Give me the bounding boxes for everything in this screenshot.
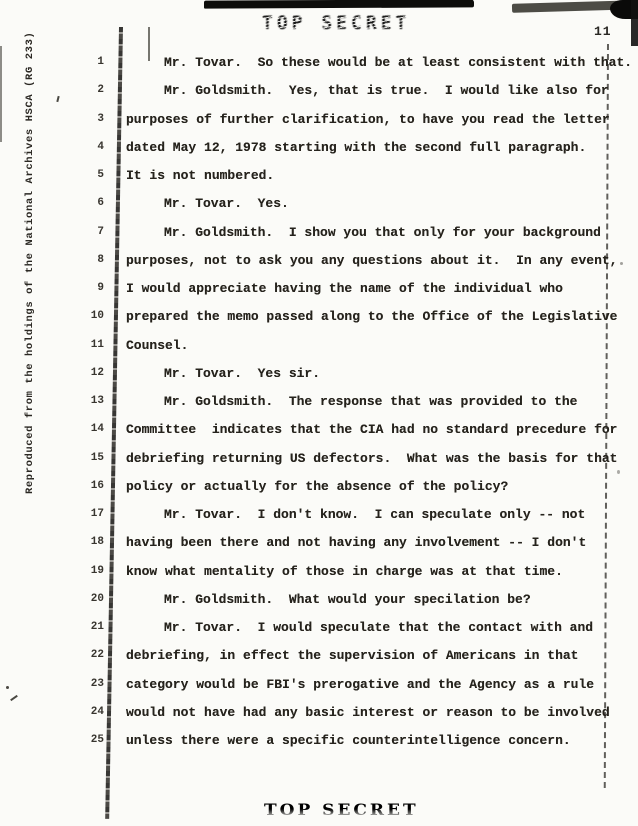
transcript-text: dated May 12, 1978 starting with the sec… [126,140,586,155]
transcript-text: purposes of further clarification, to ha… [126,112,610,127]
line-number: 1 [80,56,104,68]
transcript-line: 21Mr. Tovar. I would speculate that the … [0,621,638,649]
line-number: 24 [80,706,104,718]
transcript-line: 5It is not numbered. [0,169,638,197]
transcript-line: 12Mr. Tovar. Yes sir. [0,367,638,395]
line-number: 19 [80,565,104,577]
line-number: 12 [80,367,104,379]
transcript-line: 4dated May 12, 1978 starting with the se… [0,141,638,169]
line-number: 25 [80,734,104,746]
line-number: 16 [80,480,104,492]
line-number: 11 [80,339,104,351]
line-number: 7 [80,226,104,238]
transcript-text: Mr. Tovar. I would speculate that the co… [126,620,593,635]
line-number: 23 [80,678,104,690]
line-number: 18 [80,536,104,548]
transcript-text: prepared the memo passed along to the Of… [126,309,617,324]
transcript-line: 9I would appreciate having the name of t… [0,282,638,310]
line-number: 8 [80,254,104,266]
transcript-line: 23category would be FBI's prerogative an… [0,678,638,706]
transcript-line: 8purposes, not to ask you any questions … [0,254,638,282]
transcript-line: 14Committee indicates that the CIA had n… [0,423,638,451]
transcript-line: 3purposes of further clarification, to h… [0,113,638,141]
line-number: 22 [80,649,104,661]
transcript-line: 22debriefing, in effect the supervision … [0,649,638,677]
transcript-text: Mr. Tovar. I don't know. I can speculate… [126,507,585,522]
transcript-text: debriefing, in effect the supervision of… [126,648,578,663]
transcript-text: Mr. Tovar. So these would be at least co… [126,55,632,70]
transcript-line: 25unless there were a specific counterin… [0,734,638,762]
transcript-text: unless there were a specific counterinte… [126,733,571,748]
transcript-line: 19know what mentality of those in charge… [0,565,638,593]
transcript-text: Mr. Goldsmith. I show you that only for … [126,225,601,240]
transcript-text: debriefing returning US defectors. What … [126,451,617,466]
transcript-text: Mr. Goldsmith. What would your specilati… [126,592,531,607]
line-number: 6 [80,197,104,209]
transcript-line: 2Mr. Goldsmith. Yes, that is true. I wou… [0,84,638,112]
transcript-line: 1Mr. Tovar. So these would be at least c… [0,56,638,84]
transcript-text: Mr. Goldsmith. The response that was pro… [126,394,577,409]
line-number: 15 [80,452,104,464]
transcript-line: 20Mr. Goldsmith. What would your specila… [0,593,638,621]
transcript-text: category would be FBI's prerogative and … [126,677,594,692]
transcript-line: 7Mr. Goldsmith. I show you that only for… [0,226,638,254]
line-number: 20 [80,593,104,605]
transcript-text: Mr. Goldsmith. Yes, that is true. I woul… [126,83,609,98]
line-number: 14 [80,423,104,435]
transcript-line: 6Mr. Tovar. Yes. [0,197,638,225]
scan-artifact [6,686,9,689]
transcript-text: would not have had any basic interest or… [126,705,610,720]
transcript-text: It is not numbered. [126,168,274,183]
transcript-text: Committee indicates that the CIA had no … [126,422,617,437]
transcript-text: having been there and not having any inv… [126,535,586,550]
transcript-line: 15debriefing returning US defectors. Wha… [0,452,638,480]
transcript-lines: 1Mr. Tovar. So these would be at least c… [0,0,638,826]
transcript-line: 10prepared the memo passed along to the … [0,310,638,338]
transcript-text: policy or actually for the absence of th… [126,479,508,494]
transcript-line: 18having been there and not having any i… [0,536,638,564]
transcript-text: Counsel. [126,338,188,353]
scanned-document-page: TOP SECRET TOP SECRET 11 Reproduced from… [0,0,638,826]
transcript-text: I would appreciate having the name of th… [126,281,563,296]
line-number: 3 [80,113,104,125]
transcript-text: know what mentality of those in charge w… [126,564,563,579]
line-number: 17 [80,508,104,520]
transcript-line: 13Mr. Goldsmith. The response that was p… [0,395,638,423]
transcript-text: purposes, not to ask you any questions a… [126,253,617,268]
scan-artifact [617,470,620,474]
line-number: 2 [80,84,104,96]
line-number: 9 [80,282,104,294]
transcript-line: 24would not have had any basic interest … [0,706,638,734]
line-number: 5 [80,169,104,181]
transcript-line: 17Mr. Tovar. I don't know. I can specula… [0,508,638,536]
scan-artifact [620,262,623,265]
line-number: 10 [80,310,104,322]
line-number: 13 [80,395,104,407]
transcript-text: Mr. Tovar. Yes sir. [126,366,320,381]
transcript-line: 11Counsel. [0,339,638,367]
transcript-text: Mr. Tovar. Yes. [126,196,289,211]
line-number: 4 [80,141,104,153]
line-number: 21 [80,621,104,633]
scan-artifact [148,27,150,61]
transcript-line: 16policy or actually for the absence of … [0,480,638,508]
